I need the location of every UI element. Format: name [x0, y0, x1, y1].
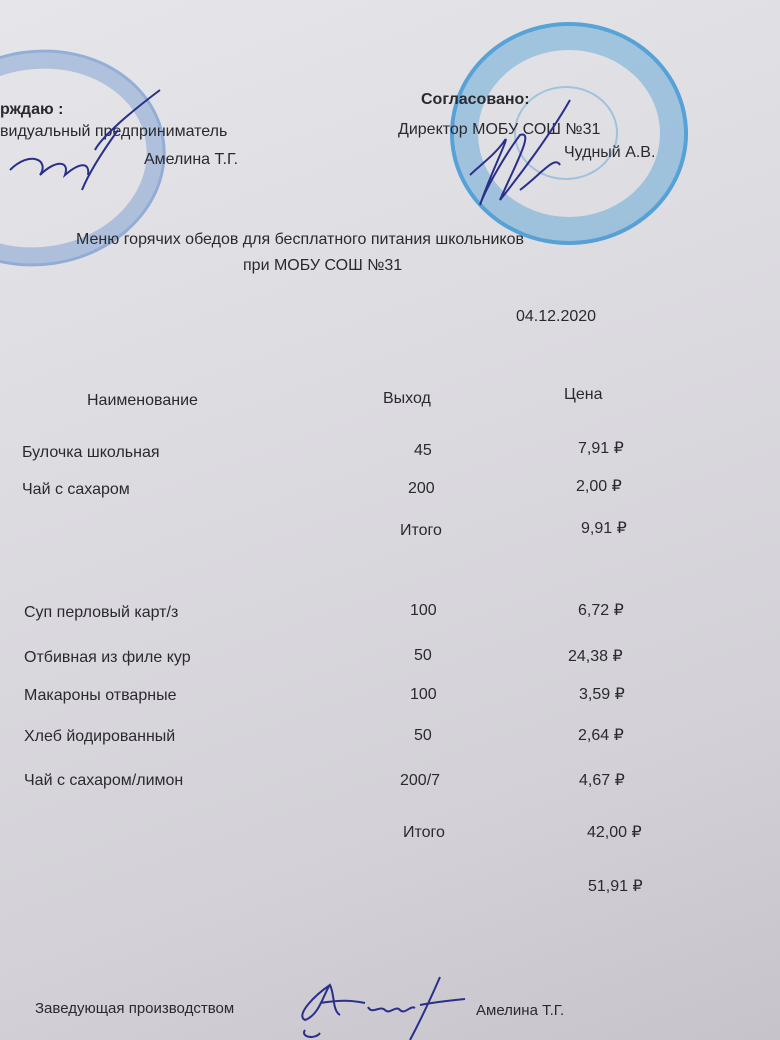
- signature-right: [460, 95, 600, 210]
- item-price: 3,59 ₽: [579, 687, 625, 703]
- item-name: Чай с сахаром: [22, 482, 130, 498]
- item-name: Отбивная из филе кур: [24, 650, 191, 666]
- item-output: 200/7: [400, 773, 440, 789]
- item-name: Макароны отварные: [24, 688, 176, 704]
- breakfast-total-label: Итого: [400, 523, 442, 539]
- lunch-total-price: 42,00 ₽: [587, 825, 642, 841]
- grand-total-price: 51,91 ₽: [588, 879, 643, 895]
- menu-date: 04.12.2020: [516, 309, 596, 325]
- menu-title-line2: при МОБУ СОШ №31: [243, 258, 402, 274]
- item-output: 100: [410, 687, 437, 703]
- item-price: 7,91 ₽: [578, 441, 624, 457]
- item-output: 50: [414, 648, 432, 664]
- item-name: Булочка школьная: [22, 445, 160, 461]
- item-output: 50: [414, 728, 432, 744]
- item-output: 100: [410, 603, 437, 619]
- item-price: 2,00 ₽: [576, 479, 622, 495]
- item-price: 6,72 ₽: [578, 603, 624, 619]
- item-output: 200: [408, 481, 435, 497]
- menu-title-line1: Меню горячих обедов для бесплатного пита…: [76, 232, 524, 248]
- item-price: 4,67 ₽: [579, 773, 625, 789]
- column-header-price: Цена: [564, 387, 602, 403]
- item-price: 24,38 ₽: [568, 649, 623, 665]
- item-name: Хлеб йодированный: [24, 729, 175, 745]
- item-price: 2,64 ₽: [578, 728, 624, 744]
- item-output: 45: [414, 443, 432, 459]
- column-header-name: Наименование: [87, 393, 198, 409]
- signature-left: [0, 80, 200, 200]
- item-name: Суп перловый карт/з: [24, 605, 178, 621]
- item-name: Чай с сахаром/лимон: [24, 773, 183, 789]
- lunch-total-label: Итого: [403, 825, 445, 841]
- breakfast-total-price: 9,91 ₽: [581, 521, 627, 537]
- signature-footer: [290, 975, 470, 1040]
- column-header-output: Выход: [383, 391, 431, 407]
- footer-name: Амелина Т.Г.: [476, 1003, 564, 1018]
- footer-position: Заведующая производством: [35, 1001, 234, 1016]
